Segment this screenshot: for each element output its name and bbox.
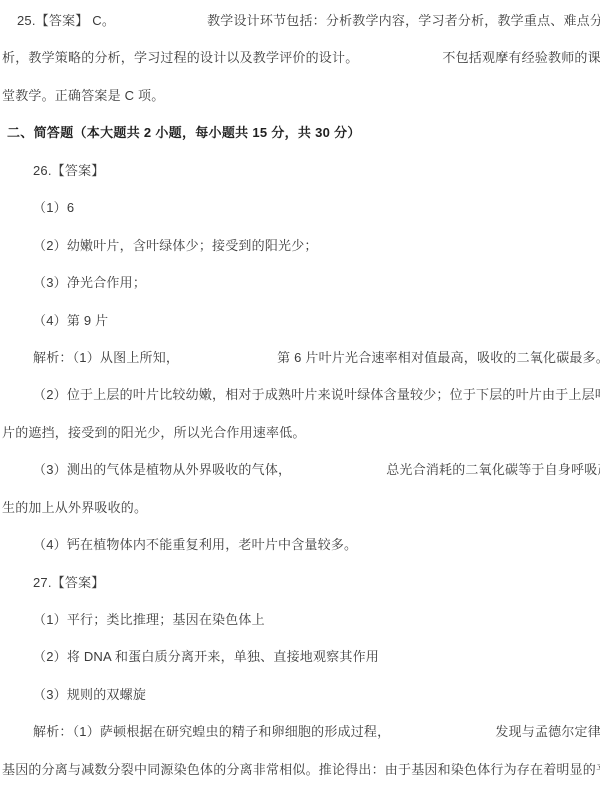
text-line-3: 堂教学。正确答案是 C 项。 — [2, 77, 600, 114]
text-segment: 不包括观摩有经验教师的课 — [442, 50, 600, 65]
text-segment: 26.【答案】 — [33, 163, 104, 178]
text-segment: 堂教学。正确答案是 C 项。 — [2, 88, 164, 103]
text-line-9: （4）第 9 片 — [2, 302, 600, 339]
text-segment: （4）第 9 片 — [33, 313, 108, 328]
text-segment: 27.【答案】 — [33, 575, 104, 590]
text-line-17: （1）平行；类比推理；基因在染色体上 — [2, 601, 600, 638]
text-segment: 解析：（1）萨顿根据在研究蝗虫的精子和卵细胞的形成过程， — [33, 724, 390, 739]
text-segment: 片的遮挡，接受到的阳光少，所以光合作用速率低。 — [2, 425, 306, 440]
text-segment: 教学设计环节包括：分析教学内容，学习者分析，教学重点、难点分 — [207, 13, 600, 28]
text-segment: （2）将 DNA 和蛋白质分离开来，单独、直接地观察其作用 — [33, 649, 379, 664]
text-segment: （2）位于上层的叶片比较幼嫩，相对于成熟叶片来说叶绿体含量较少；位于下层的叶片由… — [33, 387, 600, 402]
text-segment: 第 6 片叶片光合速率相对值最高，吸收的二氧化碳最多。 — [277, 350, 600, 365]
text-line-2: 析，教学策略的分析，学习过程的设计以及教学评价的设计。不包括观摩有经验教师的课 — [2, 39, 600, 76]
text-line-14: 生的加上从外界吸收的。 — [2, 489, 600, 526]
text-line-19: （3）规则的双螺旋 — [2, 676, 600, 713]
blank-gap — [390, 732, 495, 733]
text-line-16: 27.【答案】 — [2, 564, 600, 601]
text-segment: 总光合消耗的二氧化碳等于自身呼吸产 — [386, 462, 600, 477]
blank-gap — [115, 21, 207, 22]
text-segment: 二、简答题（本大题共 2 小题，每小题共 15 分，共 30 分） — [7, 125, 361, 140]
text-line-8: （3）净光合作用； — [2, 264, 600, 301]
text-segment: 基因的分离与减数分裂中同源染色体的分离非常相似。推论得出：由于基因和染色体行为存… — [2, 762, 600, 777]
blank-gap — [179, 358, 277, 359]
text-segment: 生的加上从外界吸收的。 — [2, 500, 147, 515]
text-line-10: 解析：（1）从图上所知，第 6 片叶片光合速率相对值最高，吸收的二氧化碳最多。 — [2, 339, 600, 376]
text-line-13: （3）测出的气体是植物从外界吸收的气体，总光合消耗的二氧化碳等于自身呼吸产 — [2, 451, 600, 488]
text-line-12: 片的遮挡，接受到的阳光少，所以光合作用速率低。 — [2, 414, 600, 451]
text-line-5: 26.【答案】 — [2, 152, 600, 189]
blank-gap — [358, 59, 442, 60]
text-segment: 25.【答案】 C。 — [17, 13, 115, 28]
text-segment: （2）幼嫩叶片，含叶绿体少；接受到的阳光少； — [33, 238, 318, 253]
text-line-15: （4）钙在植物体内不能重复利用，老叶片中含量较多。 — [2, 526, 600, 563]
text-segment: 解析：（1）从图上所知， — [33, 350, 179, 365]
text-segment: （1）平行；类比推理；基因在染色体上 — [33, 612, 265, 627]
blank-gap — [291, 470, 386, 471]
text-line-21: 基因的分离与减数分裂中同源染色体的分离非常相似。推论得出：由于基因和染色体行为存… — [2, 751, 600, 788]
text-segment: （3）测出的气体是植物从外界吸收的气体， — [33, 462, 291, 477]
text-segment: （3）净光合作用； — [33, 275, 146, 290]
text-line-11: （2）位于上层的叶片比较幼嫩，相对于成熟叶片来说叶绿体含量较少；位于下层的叶片由… — [2, 376, 600, 413]
text-segment: （3）规则的双螺旋 — [33, 687, 146, 702]
text-segment: （1）6 — [33, 200, 74, 215]
text-line-4: 二、简答题（本大题共 2 小题，每小题共 15 分，共 30 分） — [2, 114, 600, 151]
answer-sheet-document: 25.【答案】 C。教学设计环节包括：分析教学内容，学习者分析，教学重点、难点分… — [0, 0, 600, 790]
text-segment: 析，教学策略的分析，学习过程的设计以及教学评价的设计。 — [2, 50, 358, 65]
text-segment: （4）钙在植物体内不能重复利用，老叶片中含量较多。 — [33, 537, 357, 552]
text-line-18: （2）将 DNA 和蛋白质分离开来，单独、直接地观察其作用 — [2, 638, 600, 675]
text-line-1: 25.【答案】 C。教学设计环节包括：分析教学内容，学习者分析，教学重点、难点分 — [2, 2, 600, 39]
text-line-7: （2）幼嫩叶片，含叶绿体少；接受到的阳光少； — [2, 227, 600, 264]
text-line-6: （1）6 — [2, 189, 600, 226]
text-line-20: 解析：（1）萨顿根据在研究蝗虫的精子和卵细胞的形成过程，发现与孟德尔定律中 — [2, 713, 600, 750]
text-segment: 发现与孟德尔定律中 — [495, 724, 600, 739]
